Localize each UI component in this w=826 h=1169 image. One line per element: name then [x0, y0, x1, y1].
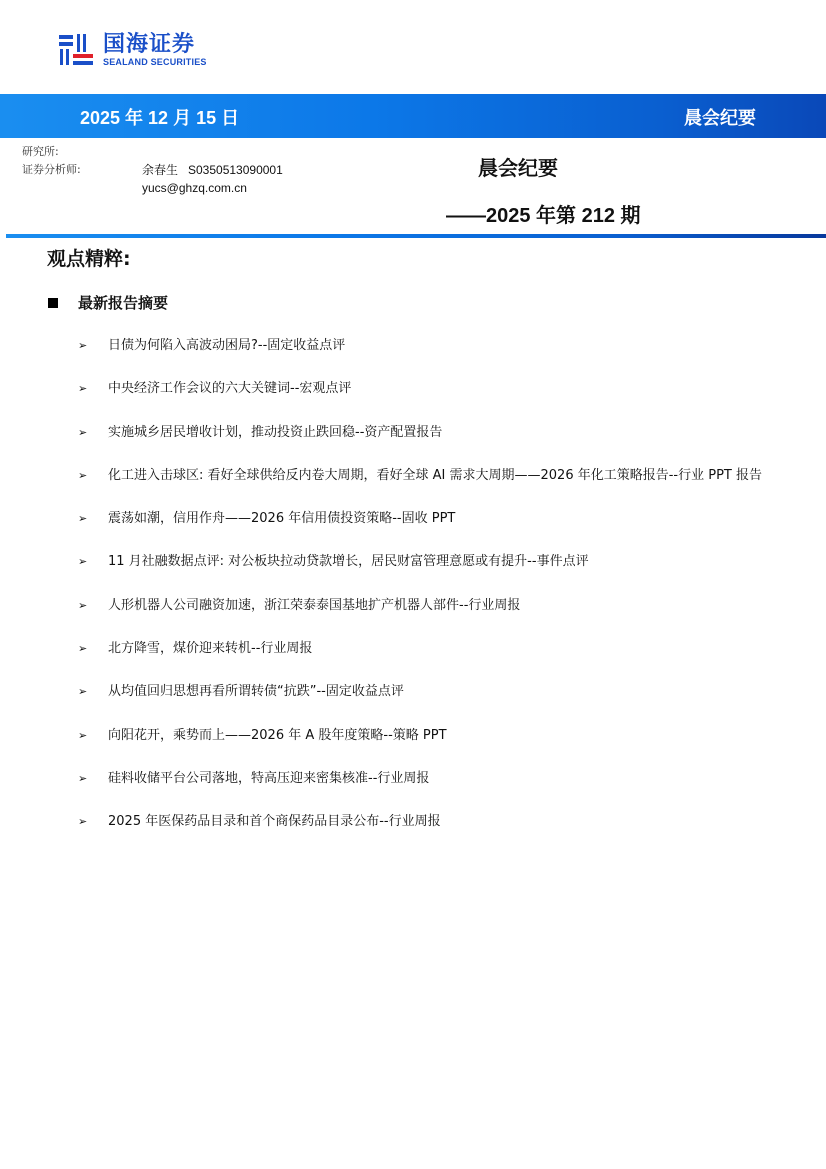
- list-item: ➢向阳花开，乘势而上——2026 年 A 股年度策略--策略 PPT: [78, 726, 808, 746]
- report-type: 晨会纪要: [684, 104, 756, 130]
- list-item: ➢化工进入击球区: 看好全球供给反内卷大周期，看好全球 AI 需求大周期——20…: [78, 466, 808, 486]
- list-item: ➢11 月社融数据点评: 对公板块拉动贷款增长，居民财富管理意愿或有提升--事件…: [78, 552, 808, 572]
- arrow-bullet-icon: ➢: [78, 336, 87, 356]
- arrow-bullet-icon: ➢: [78, 552, 87, 572]
- arrow-bullet-icon: ➢: [78, 726, 87, 746]
- report-list: ➢日债为何陷入高波动困局?--固定收益点评 ➢中央经济工作会议的六大关键词--宏…: [78, 336, 808, 856]
- sealand-logo: 国海证券 SEALAND SECURITIES: [57, 30, 207, 70]
- arrow-bullet-icon: ➢: [78, 812, 87, 832]
- list-item: ➢2025 年医保药品目录和首个商保药品目录公布--行业周报: [78, 812, 808, 832]
- arrow-bullet-icon: ➢: [78, 379, 87, 399]
- header-divider: [6, 234, 826, 238]
- analyst-label: 证券分析师:: [22, 163, 81, 176]
- arrow-bullet-icon: ➢: [78, 682, 87, 702]
- sub-heading-label: 最新报告摘要: [78, 292, 168, 313]
- report-date: 2025 年 12 月 15 日: [80, 104, 239, 130]
- analyst-email: yucs@ghzq.com.cn: [142, 179, 247, 197]
- institute-label: 研究所:: [22, 145, 59, 158]
- list-item: ➢从均值回归思想再看所谓转债“抗跌”--固定收益点评: [78, 682, 808, 702]
- list-item: ➢震荡如潮，信用作舟——2026 年信用债投资策略--固收 PPT: [78, 509, 808, 529]
- sub-heading: 最新报告摘要: [48, 292, 168, 313]
- arrow-bullet-icon: ➢: [78, 639, 87, 659]
- doc-title: 晨会纪要: [478, 152, 558, 181]
- list-item: ➢日债为何陷入高波动困局?--固定收益点评: [78, 336, 808, 356]
- header-banner: 2025 年 12 月 15 日 晨会纪要: [0, 94, 826, 138]
- list-item: ➢人形机器人公司融资加速，浙江荣泰泰国基地扩产机器人部件--行业周报: [78, 596, 808, 616]
- logo-mark-icon: [57, 31, 95, 69]
- arrow-bullet-icon: ➢: [78, 596, 87, 616]
- logo-cn-text: 国海证券: [103, 33, 207, 57]
- list-item: ➢硅料收储平台公司落地，特高压迎来密集核准--行业周报: [78, 769, 808, 789]
- doc-issue: ——2025 年第 212 期: [446, 199, 641, 228]
- analyst-info: 研究所: 证券分析师: 余春生 S0350513090001 yucs@ghzq…: [22, 143, 81, 197]
- arrow-bullet-icon: ➢: [78, 769, 87, 789]
- list-item: ➢北方降雪，煤价迎来转机--行业周报: [78, 639, 808, 659]
- arrow-bullet-icon: ➢: [78, 423, 87, 443]
- arrow-bullet-icon: ➢: [78, 509, 87, 529]
- square-bullet-icon: [48, 298, 58, 308]
- arrow-bullet-icon: ➢: [78, 466, 87, 486]
- list-item: ➢中央经济工作会议的六大关键词--宏观点评: [78, 379, 808, 399]
- list-item: ➢实施城乡居民增收计划，推动投资止跌回稳--资产配置报告: [78, 423, 808, 443]
- analyst-name-cert: 余春生 S0350513090001: [142, 161, 283, 179]
- section-heading: 观点精粹:: [47, 244, 131, 271]
- logo-en-text: SEALAND SECURITIES: [103, 57, 207, 68]
